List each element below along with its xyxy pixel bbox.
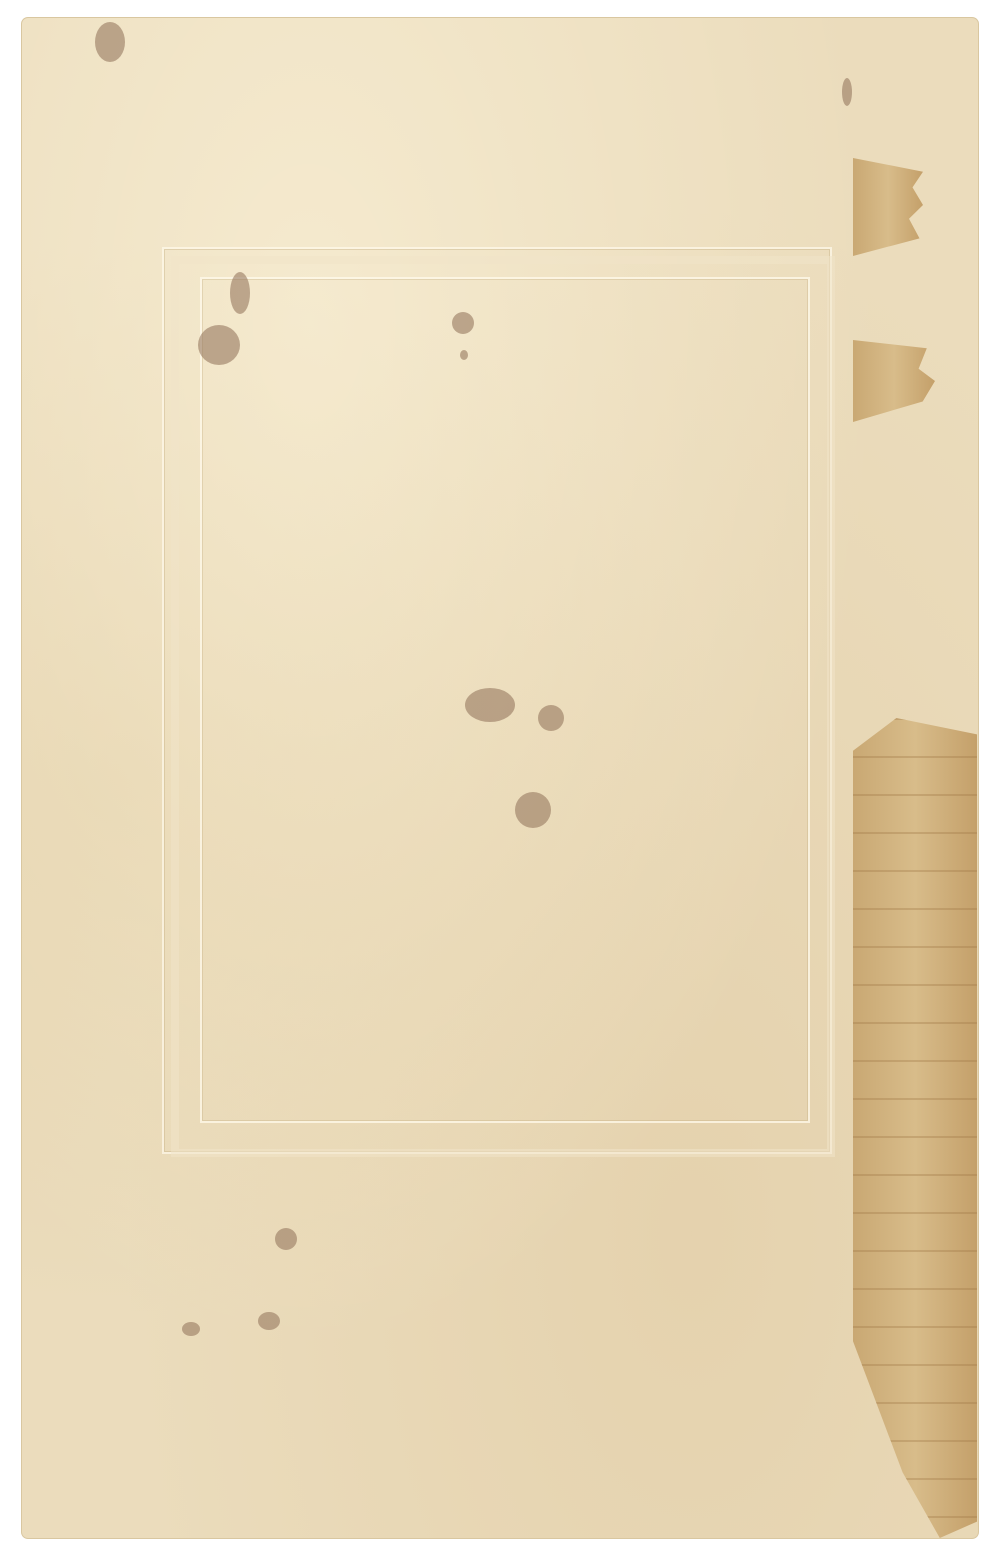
stain [95,22,125,62]
stain [198,325,240,365]
stain [275,1228,297,1250]
stain [182,1322,200,1336]
stain [258,1312,280,1330]
stain [465,688,515,722]
stain [460,350,468,360]
stain [230,272,250,314]
stain [842,78,852,106]
stain [452,312,474,334]
stain [538,705,564,731]
stain [515,792,551,828]
